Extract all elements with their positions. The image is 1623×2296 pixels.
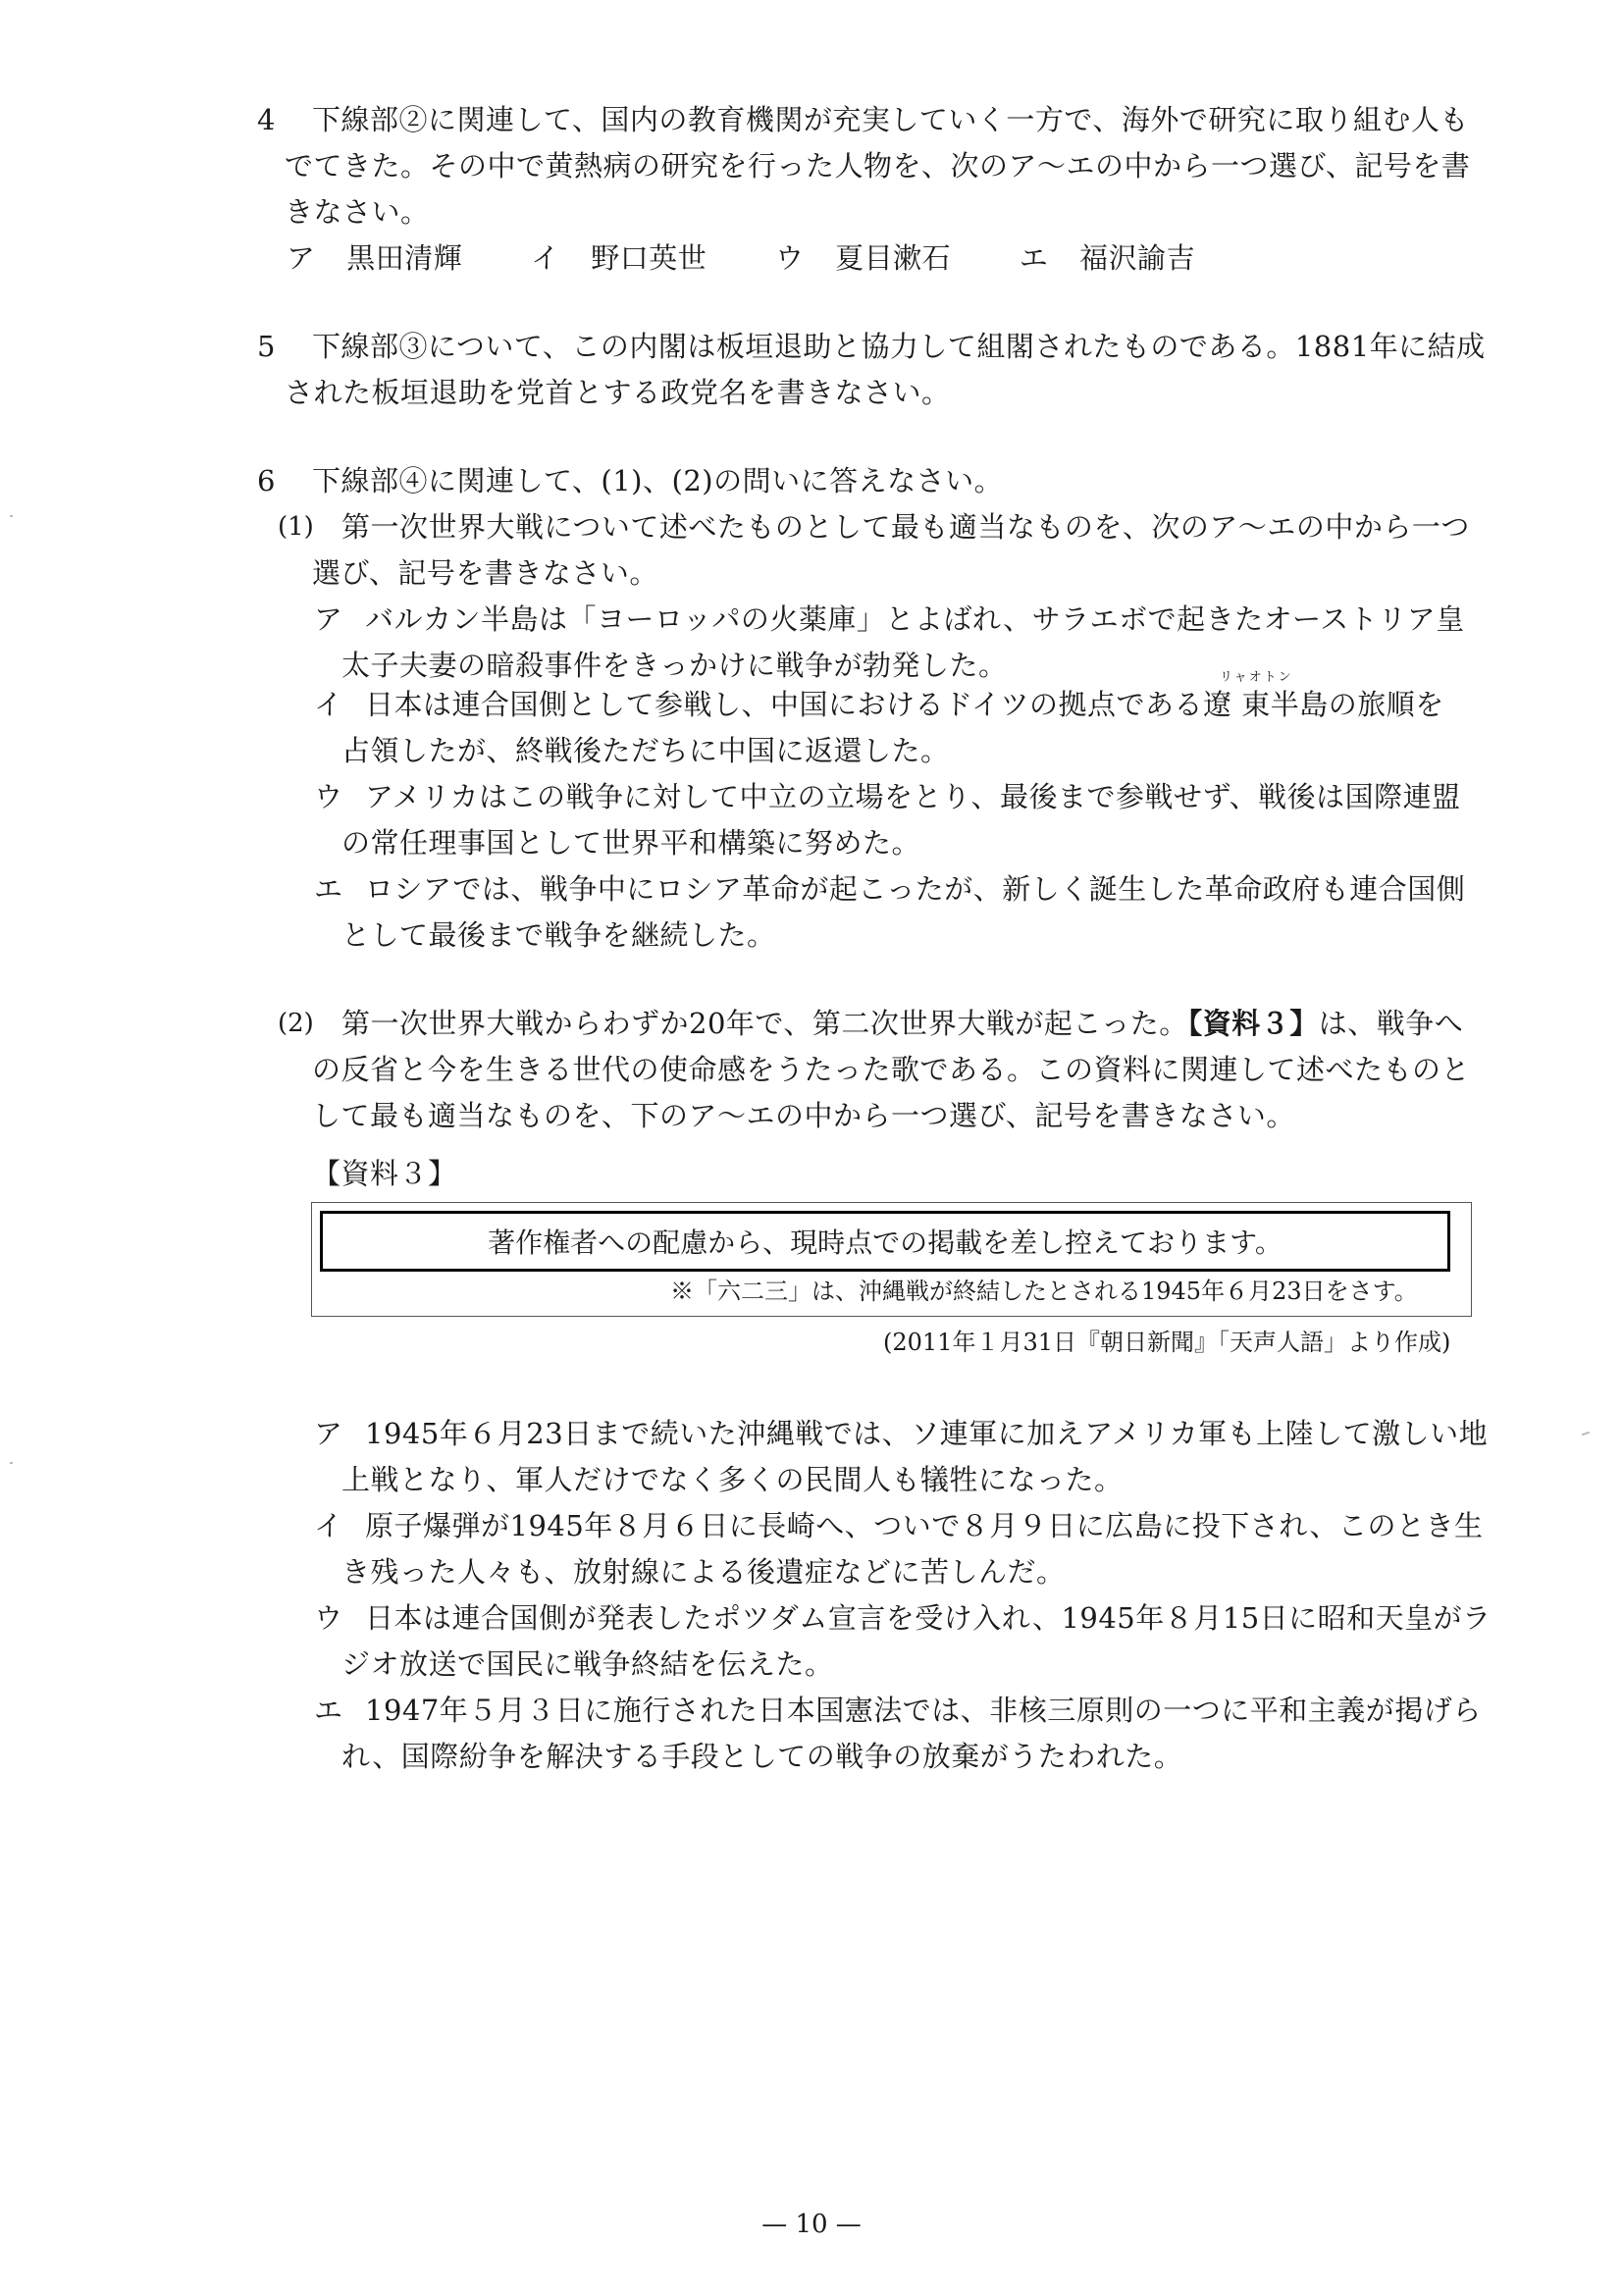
choice-text-line: として最後まで戦争を継続した。 xyxy=(341,917,776,953)
subquestion-text-line: の反省と今を生きる世代の使命感をうたった歌である。この資料に関連して述べたものと xyxy=(312,1052,1470,1087)
subquestion-text-line: 選び、記号を書きなさい。 xyxy=(312,555,658,591)
choice-label: エ xyxy=(314,871,342,907)
choice-label: エ xyxy=(1020,241,1049,275)
choice-text-line: れ、国際紛争を解決する手段としての戦争の放棄がうたわれた。 xyxy=(341,1739,1182,1774)
choice-text-line: 原子爆弾が1945年８月６日に長崎へ、ついで８月９日に広島に投下され、このとき生 xyxy=(365,1508,1484,1543)
choice-text-line: バルカン半島は「ヨーロッパの火薬庫」とよばれ、サラエボで起きたオーストリア皇 xyxy=(365,601,1465,637)
choice-text-line: 1945年６月23日まで続いた沖縄戦では、ソ連軍に加えアメリカ軍も上陸して激しい… xyxy=(365,1416,1488,1451)
scan-speck xyxy=(1582,1432,1590,1436)
choice-text: 福沢諭吉 xyxy=(1079,241,1195,275)
choice-text-line: 占領したが、終戦後ただちに中国に返還した。 xyxy=(341,733,950,768)
choice-text-line: 上戦となり、軍人だけでなく多くの民間人も犠牲になった。 xyxy=(341,1462,1124,1497)
choice-text: 夏目漱石 xyxy=(835,241,951,275)
subquestion-text-line: 第一次世界大戦からわずか20年で、第二次世界大戦が起こった。【資料３】は、戦争へ xyxy=(341,1006,1463,1041)
question-text-line: 下線部②に関連して、国内の教育機関が充実していく一方で、海外で研究に取り組む人も xyxy=(312,102,1469,137)
choice-label: ウ xyxy=(314,1600,342,1636)
question-text-line: 下線部③について、この内閣は板垣退助と協力して組閣されたものである。1881年に… xyxy=(312,329,1486,364)
choice-label: ア xyxy=(314,1416,342,1451)
question-text-line: でてきた。その中で黄熱病の研究を行った人物を、次のア～エの中から一つ選び、記号を… xyxy=(285,148,1470,183)
choice-label: ウ xyxy=(775,241,805,275)
choice-label: ア xyxy=(314,601,342,637)
scan-speck xyxy=(10,1462,13,1464)
choice-text-line: ジオ放送で国民に戦争終結を伝えた。 xyxy=(341,1646,834,1682)
question-text-line: された板垣退助を党首とする政党名を書きなさい。 xyxy=(285,375,951,410)
subquestion-text-line: 第一次世界大戦について述べたものとして最も適当なものを、次のア～エの中から一つ xyxy=(341,509,1470,545)
choice-label: ウ xyxy=(314,779,342,814)
exam-page: 4 下線部②に関連して、国内の教育機関が充実していく一方で、海外で研究に取り組む… xyxy=(0,0,1623,2296)
subquestion-text-line: して最も適当なものを、下のア～エの中から一つ選び、記号を書きなさい。 xyxy=(312,1098,1295,1133)
choice-text-line: の常任理事国として世界平和構築に努めた。 xyxy=(341,825,920,861)
text-segment: は、戦争へ xyxy=(1319,1007,1464,1040)
choice-text-line: 1947年５月３日に施行された日本国憲法では、非核三原則の一つに平和主義が掲げら xyxy=(365,1693,1482,1728)
choice-text-line: ロシアでは、戦争中にロシア革命が起こったが、新しく誕生した革命政府も連合国側 xyxy=(365,871,1465,907)
material-reference: 【資料３】 xyxy=(1188,1007,1319,1040)
question-text-line: きなさい。 xyxy=(285,194,430,230)
question-number: 5 xyxy=(257,329,275,364)
scan-speck xyxy=(10,515,13,517)
page-number: — 10 — xyxy=(0,2210,1623,2239)
choice-label: エ xyxy=(314,1693,342,1728)
material-source: (2011年１月31日『朝日新聞』「天声人語」より作成) xyxy=(883,1328,1450,1357)
material-title: 【資料３】 xyxy=(312,1156,457,1191)
choice-text-line: き残った人々も、放射線による後遺症などに苦しんだ。 xyxy=(341,1554,1066,1590)
withheld-notice: 著作権者への配慮から、現時点での掲載を差し控えております。 xyxy=(488,1222,1283,1261)
withheld-notice-box: 著作権者への配慮から、現時点での掲載を差し控えております。 xyxy=(320,1211,1450,1272)
choice-label: イ xyxy=(531,241,560,275)
subquestion-label: (2) xyxy=(278,1006,314,1041)
choice-text: 黒田清輝 xyxy=(346,241,462,275)
choice-text-line: アメリカはこの戦争に対して中立の立場をとり、最後まで参戦せず、戦後は国際連盟 xyxy=(365,779,1461,814)
material-footnote: ※「六二三」は、沖縄戦が終結したとされる1945年６月23日をさす。 xyxy=(670,1277,1418,1306)
subquestion-label: (1) xyxy=(278,509,314,545)
question-number: 6 xyxy=(257,463,275,498)
choice-text: 野口英世 xyxy=(591,241,707,275)
choice-row: ア 黒田清輝 イ 野口英世 ウ 夏目漱石 エ 福沢諭吉 xyxy=(287,240,1195,276)
text-segment: 第一次世界大戦からわずか20年で、第二次世界大戦が起こった。 xyxy=(341,1007,1188,1040)
choice-label: ア xyxy=(287,241,316,275)
choice-label: イ xyxy=(314,687,342,722)
furigana-ruby: リャオトン xyxy=(1220,671,1293,685)
choice-text-line: 日本は連合国側が発表したポツダム宣言を受け入れ、1945年８月15日に昭和天皇が… xyxy=(365,1600,1492,1636)
choice-text-line: 日本は連合国側として参戦し、中国におけるドイツの拠点である遼 東半島の旅順を xyxy=(365,687,1444,722)
question-number: 4 xyxy=(257,102,275,137)
choice-label: イ xyxy=(314,1508,342,1543)
question-intro: 下線部④に関連して、(1)、(2)の問いに答えなさい。 xyxy=(312,463,1003,498)
choice-text-line: 太子夫妻の暗殺事件をきっかけに戦争が勃発した。 xyxy=(341,648,1008,683)
